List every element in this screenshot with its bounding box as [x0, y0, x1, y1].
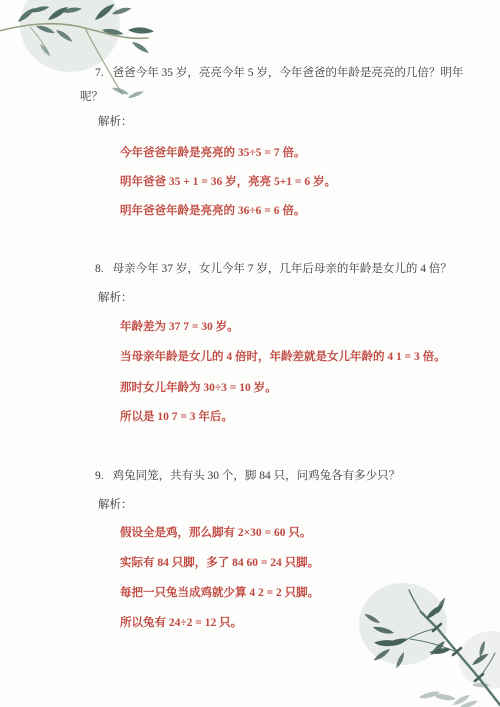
bamboo-stalk	[400, 590, 500, 705]
question-9-solution-line: 所以兔有 24÷2 = 12 只。	[120, 616, 242, 630]
question-7-solution-line: 今年爸爸年龄是亮亮的 35÷5 = 7 倍。	[120, 146, 305, 160]
question-7-analysis-label: 解析：	[98, 115, 133, 129]
question-8-solution-line: 年龄差为 37 7 = 30 岁。	[120, 320, 239, 334]
question-9-analysis-label: 解析：	[98, 498, 133, 512]
question-7-line-1: 7.爸爸今年 35 岁，亮亮今年 5 岁，今年爸爸的年龄是亮亮的几倍？明年	[95, 66, 463, 80]
moon-circle-faint	[459, 631, 500, 689]
question-7-solution-line: 明年爸爸 35 + 1 = 36 岁，亮亮 5+1 = 6 岁。	[120, 175, 336, 189]
bamboo-stem	[0, 24, 148, 94]
question-7-solution-line: 明年爸爸年龄是亮亮的 36÷6 = 6 倍。	[120, 204, 305, 218]
bamboo-leaves	[363, 597, 490, 669]
question-7-number: 7.	[95, 67, 104, 79]
bamboo-stalk-moon-illustration-bottom-right	[320, 557, 500, 707]
question-9-number: 9.	[95, 470, 104, 482]
question-8-solution-line: 所以是 10 7 = 3 年后。	[120, 410, 233, 424]
question-8-line-1: 8.母亲今年 37 岁，女儿今年 7 岁，几年后母亲的年龄是女儿的 4 倍？	[95, 262, 452, 276]
question-9-solution-line: 每把一只兔当成鸡就少算 4 2 = 2 只脚。	[120, 586, 319, 600]
question-9-text: 鸡兔同笼，共有头 30 个，脚 84 只，问鸡兔各有多少只？	[113, 470, 401, 482]
question-8-analysis-label: 解析：	[98, 291, 133, 305]
question-7-line-2: 呢？	[80, 90, 103, 104]
moon-circle	[20, 0, 120, 72]
question-7-text: 爸爸今年 35 岁，亮亮今年 5 岁，今年爸爸的年龄是亮亮的几倍？明年	[113, 67, 464, 79]
question-8-solution-line: 那时女儿年龄为 30÷3 = 10 岁。	[120, 381, 277, 395]
question-8-solution-line: 当母亲年龄是女儿的 4 倍时，年龄差就是女儿年龄的 4 1 = 3 倍。	[120, 350, 446, 364]
question-9-solution-line: 实际有 84 只脚，多了 84 60 = 24 只脚。	[120, 556, 319, 570]
moon-circle	[359, 583, 447, 665]
bamboo-leaves	[16, 2, 155, 55]
question-9-line-1: 9.鸡兔同笼，共有头 30 个，脚 84 只，问鸡兔各有多少只？	[95, 469, 400, 483]
question-8-number: 8.	[95, 263, 104, 275]
worksheet-page: 7.爸爸今年 35 岁，亮亮今年 5 岁，今年爸爸的年龄是亮亮的几倍？明年 呢？…	[0, 0, 500, 707]
question-9-solution-line: 假设全是鸡，那么脚有 2×30 = 60 只。	[120, 526, 311, 540]
question-8-text: 母亲今年 37 岁，女儿今年 7 岁，几年后母亲的年龄是女儿的 4 倍？	[113, 263, 452, 275]
bamboo-leaves-faint	[418, 682, 490, 707]
